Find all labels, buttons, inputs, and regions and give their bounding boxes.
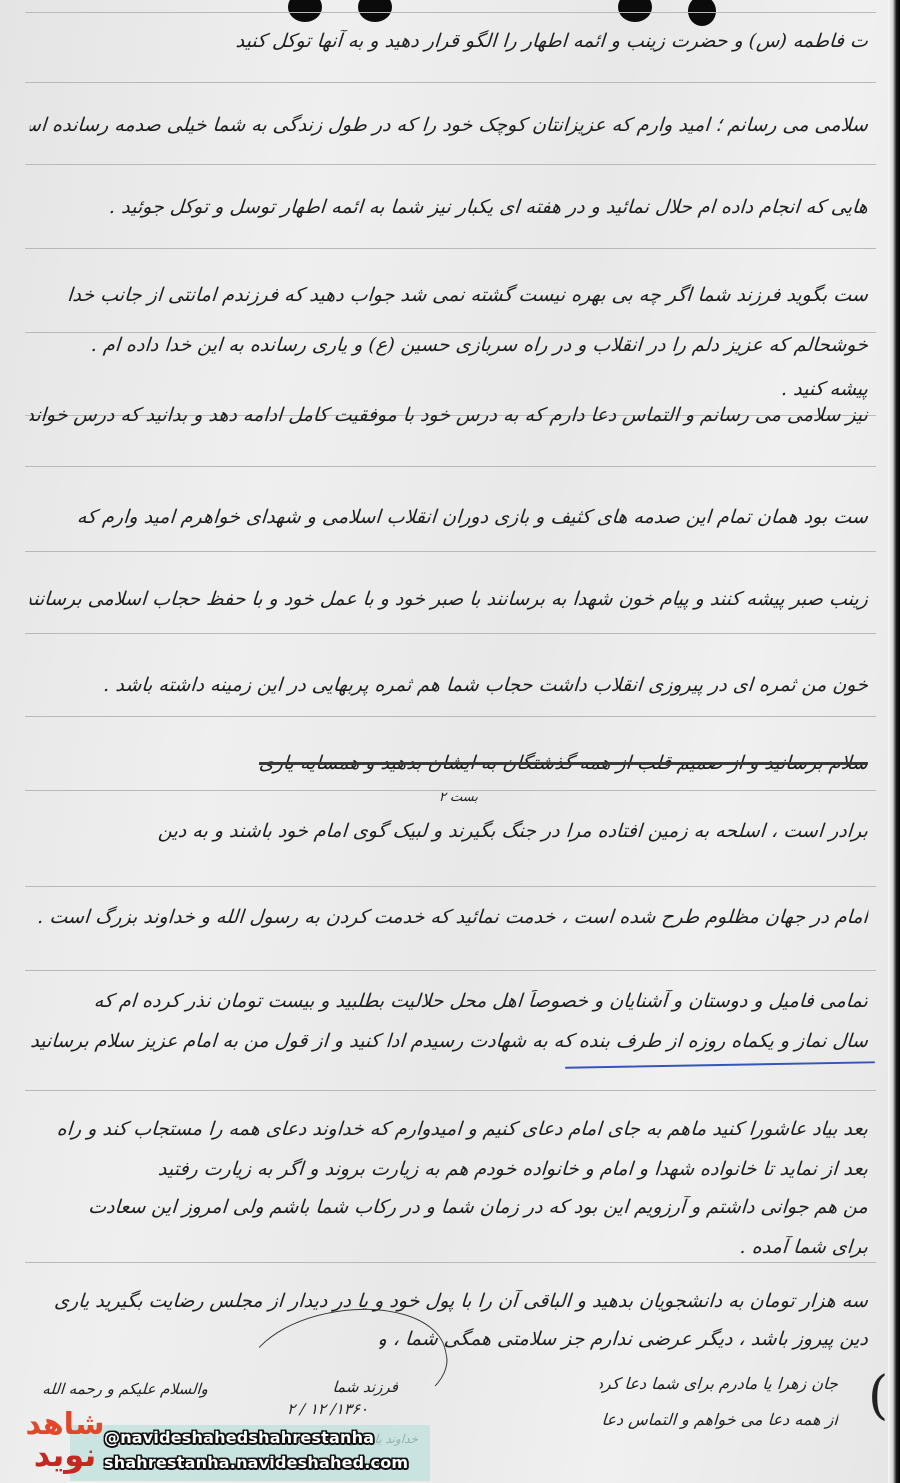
letter-line: بعد از نماید تا خانواده شهدا و امام و خا…	[29, 1158, 869, 1180]
postscript-line: جان زهرا یا مادرم برای شما دعا کردم	[599, 1374, 838, 1393]
letter-line: ت فاطمه (س) و حضرت زینب و ائمه اطهار را …	[29, 30, 869, 52]
logo-bottom-text: نوید	[20, 1440, 110, 1470]
scan-edge	[888, 0, 900, 1483]
letter-line: پیشه کنید .	[759, 378, 869, 400]
letter-line: سال نماز و یکماه روزه از طرف بنده که به …	[29, 1030, 869, 1052]
postscript-line: از همه دعا می خواهم و التماس دعا دارم	[599, 1410, 838, 1429]
letter-line: سلامی می رسانم ؛ امید وارم که عزیزانتان …	[29, 114, 869, 136]
letter-date: ۱۳۶۰/ ۱۲ / ۲	[269, 1400, 368, 1418]
letter-line: خون من ثمره ای در پیروزی انقلاب داشت حجا…	[29, 674, 869, 696]
letter-line: هایی که انجام داده ام حلال نمائید و در ه…	[29, 196, 869, 218]
letter-line: نیز سلامی می رسانم و التماس دعا دارم که …	[29, 404, 869, 426]
signature-label: فرزند شما	[289, 1378, 398, 1396]
punch-hole	[618, 0, 652, 22]
letter-line: برای شما آمده .	[699, 1236, 869, 1258]
punch-hole	[358, 0, 392, 22]
letter-line-struck: سلام برسانید و از صمیم قلب از همه گذشتگا…	[29, 752, 869, 774]
letter-line: خوشحالم که عزیز دلم را در انقلاب و در را…	[29, 334, 869, 356]
punch-hole	[688, 0, 716, 26]
letter-line: سه هزار تومان به دانشجویان بدهید و الباق…	[29, 1290, 869, 1312]
letter-paper: ت فاطمه (س) و حضرت زینب و ائمه اطهار را …	[0, 0, 888, 1483]
watermark-logo: شاهد نوید	[20, 1410, 110, 1478]
letter-line: امام در جهان مظلوم طرح شده است ، خدمت نم…	[29, 906, 869, 928]
letter-line: ست بود همان تمام این صدمه های کثیف و باز…	[29, 506, 869, 528]
letter-line: دین پیروز باشد ، دیگر عرضی ندارم جز سلام…	[379, 1328, 869, 1350]
signature-flourish	[236, 1290, 457, 1442]
watermark-handle: @navideshahedshahrestanha	[104, 1428, 374, 1447]
letter-line: تمامی فامیل و دوستان و آشنایان و خصوصاً …	[29, 990, 869, 1012]
bracket: (	[868, 1370, 888, 1422]
letter-line: برادر است ، اسلحه به زمین افتاده مرا در …	[29, 820, 869, 842]
blue-underline	[565, 1061, 875, 1068]
punch-hole	[288, 0, 322, 22]
letter-line: ست بگوید فرزند شما اگر چه بی بهره نیست گ…	[29, 284, 869, 306]
watermark-site: shahrestanha.navideshahed.com	[104, 1453, 408, 1472]
letter-line: من هم جوانی داشتم و آرزویم این بود که در…	[29, 1196, 869, 1218]
letter-line: زینب صبر پیشه کنند و پیام خون شهدا به بر…	[29, 588, 869, 610]
letter-line: بعد بیاد عاشورا کنید ماهم به جای امام دع…	[29, 1118, 869, 1140]
closing-salutation: والسلام علیکم و رحمه الله	[39, 1380, 208, 1398]
annotation-above: بست ۲	[419, 790, 478, 805]
